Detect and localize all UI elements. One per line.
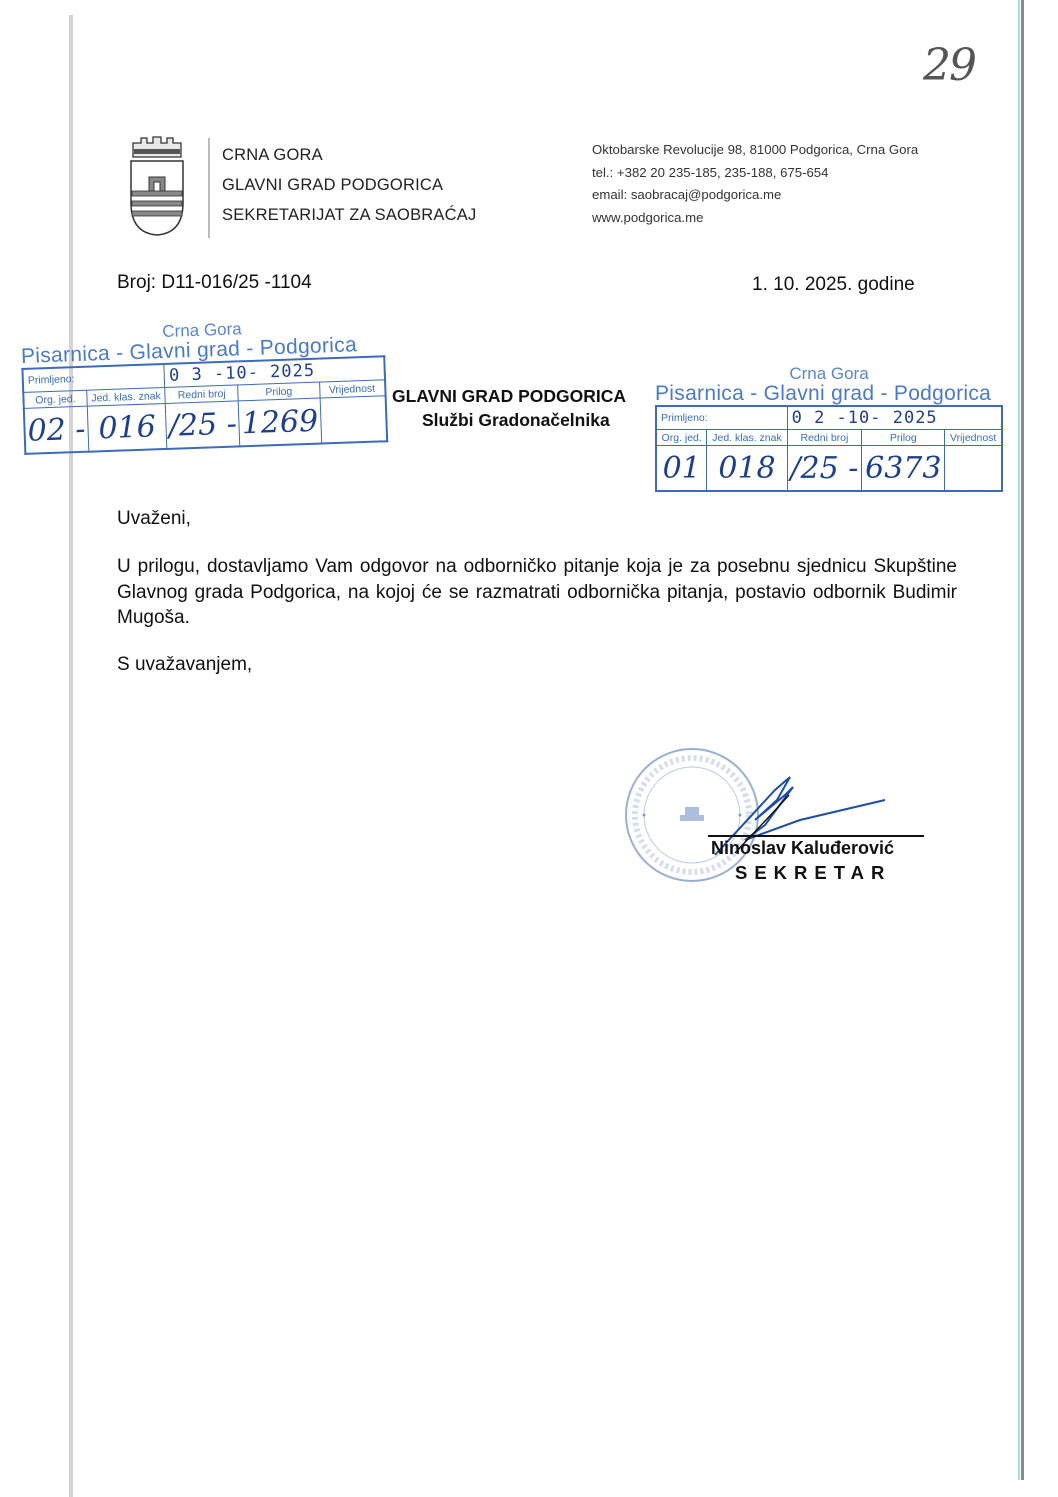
- coat-of-arms-icon: [127, 135, 187, 240]
- contact-phone: tel.: +382 20 235-185, 235-188, 675-654: [592, 162, 918, 185]
- recipient-org: GLAVNI GRAD PODGORICA: [392, 384, 626, 408]
- stamp-serial-value: /25 -: [787, 446, 862, 492]
- stamp-class-value: 016: [87, 403, 167, 451]
- signature-line: [708, 835, 924, 837]
- contact-website: www.podgorica.me: [592, 207, 918, 230]
- closing: S uvažavanjem,: [117, 654, 252, 676]
- stamp-col-serial: Redni broj: [787, 430, 862, 446]
- salutation: Uvaženi,: [117, 508, 191, 530]
- signer-name: Ninoslav Kaluđerović: [711, 838, 894, 859]
- stamp-received-label: Primljeno:: [656, 406, 787, 430]
- contact-email: email: saobracaj@podgorica.me: [592, 184, 918, 207]
- header-divider: [208, 138, 210, 238]
- org-country: CRNA GORA: [222, 140, 476, 170]
- stamp-org-value: 02 -: [24, 406, 89, 454]
- registry-stamp-1: Crna Gora Pisarnica - Glavni grad - Podg…: [20, 315, 388, 455]
- stamp-received-date: 0 2 -10- 2025: [792, 408, 938, 428]
- signer-title: SEKRETAR: [735, 862, 891, 884]
- contact-address: Oktobarske Revolucije 98, 81000 Podgoric…: [592, 139, 918, 162]
- handwritten-page-number: 29: [923, 40, 975, 91]
- stamp-heading: Pisarnica - Glavni grad - Podgorica: [655, 383, 1003, 405]
- stamp-attachment-value: 1269: [238, 398, 321, 446]
- recipient-block: GLAVNI GRAD PODGORICA Službi Gradonačeln…: [392, 384, 626, 432]
- scan-left-edge: [69, 15, 73, 1497]
- letter-date: 1. 10. 2025. godine: [752, 274, 915, 296]
- stamp-col-value: Vrijednost: [945, 430, 1002, 446]
- stamp-col-org: Org. jed.: [656, 430, 707, 446]
- stamp-value-value: [320, 396, 387, 444]
- organization-name: CRNA GORA GLAVNI GRAD PODGORICA SEKRETAR…: [222, 140, 476, 230]
- stamp-table: Primljeno: 0 2 -10- 2025 Org. jed. Jed. …: [655, 405, 1003, 492]
- stamp-value-value: [945, 446, 1002, 492]
- org-city: GLAVNI GRAD PODGORICA: [222, 170, 476, 200]
- stamp-col-class: Jed. klas. znak: [707, 430, 787, 446]
- contact-block: Oktobarske Revolucije 98, 81000 Podgoric…: [592, 139, 918, 229]
- stamp-table: Primljeno: 0 3 -10- 2025 Org. jed. Jed. …: [21, 355, 387, 455]
- org-department: SEKRETARIJAT ZA SAOBRAĆAJ: [222, 200, 476, 230]
- stamp-country: Crna Gora: [655, 365, 1003, 383]
- stamp-class-value: 018: [707, 446, 787, 492]
- stamp-col-attachment: Prilog: [862, 430, 945, 446]
- stamp-org-value: 01: [656, 446, 707, 492]
- recipient-service: Službi Gradonačelnika: [392, 408, 626, 432]
- stamp-serial-value: /25 -: [166, 401, 241, 449]
- reference-number: Broj: D11-016/25 -1104: [117, 272, 312, 294]
- stamp-attachment-value: 6373: [862, 446, 945, 492]
- body-paragraph: U prilogu, dostavljamo Vam odgovor na od…: [117, 554, 957, 631]
- scan-right-edge-shadow: [1021, 0, 1024, 1480]
- scan-right-edge: [1018, 0, 1020, 1480]
- registry-stamp-2: Crna Gora Pisarnica - Glavni grad - Podg…: [655, 365, 1003, 492]
